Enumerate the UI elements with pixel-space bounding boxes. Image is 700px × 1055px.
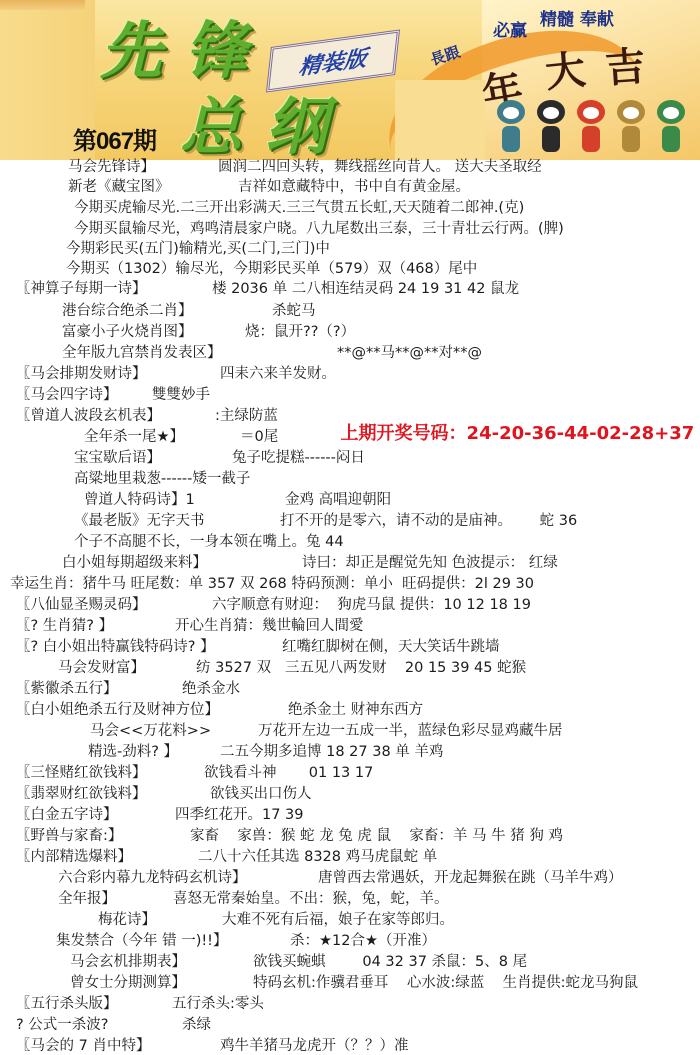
text-line-label: 〖马会排期发财诗】	[16, 365, 147, 383]
text-line-label: 高粱地里栽葱------矮一截子	[74, 470, 250, 488]
text-line-label: 曾女士分期测算】	[70, 974, 186, 992]
text-line-value: 万花开左边一五成一半，蓝绿色彩尽显鸡藏牛居	[258, 722, 563, 740]
edition-badge: 精装版	[266, 29, 400, 92]
text-line-value: 特码玄机:作骥君垂耳 心水波:绿蓝 生肖提供:蛇龙马狗鼠	[253, 974, 638, 992]
text-line-label: 集发禁合（今年 错 一)!!】	[56, 932, 228, 950]
tagline-top-2: 精髓 奉献	[540, 5, 614, 30]
text-line-label: 马会玄机排期表】	[70, 953, 186, 971]
banner-big-char-2: 大	[542, 38, 588, 99]
text-line-label: 马会发财富】	[58, 659, 145, 677]
text-line-label: 〖马会四字诗】	[16, 386, 118, 404]
banner-big-char-3: 吉	[603, 35, 647, 95]
text-line-value: 六字顺意有财迎： 狗虎马鼠 提供：10 12 18 19	[212, 596, 531, 614]
edition-badge-label: 精装版	[297, 41, 368, 81]
text-line-value: 欲钱买出口伤人	[210, 785, 312, 803]
text-line-value: 欲钱看斗神 01 13 17	[204, 764, 373, 782]
mascot-icon	[535, 100, 567, 155]
text-line-label: 曾道人特码诗】1	[84, 491, 195, 509]
title-char-4: 纲	[265, 96, 327, 158]
text-line-value: 圆润二四回头转，舞线摇丝向昔人。 送大夫圣取经	[218, 158, 542, 176]
text-line-label: 精选-劲料? 】	[88, 743, 178, 761]
text-line-value: 杀：★12合★（开准）	[290, 932, 436, 950]
text-line-value: 家畜 家兽：猴 蛇 龙 兔 虎 鼠 家畜：羊 马 牛 猪 狗 鸡	[190, 827, 563, 845]
text-line-label: 《最老版》无字天书	[74, 512, 205, 530]
text-line-value: 四耒六来羊发财。	[220, 365, 336, 383]
mascot-icon	[655, 100, 687, 155]
text-line-label: 马会<<万花料>>	[90, 722, 211, 740]
text-line-label: 〖三怪赌红欲钱料】	[16, 764, 147, 782]
last-draw-result: 上期开奖号码：24-20-36-44-02-28+37	[328, 398, 694, 445]
text-line-value: 二八十六任其选 8328 鸡马虎鼠蛇 单	[198, 848, 437, 866]
text-line-value: 五行杀头:零头	[172, 995, 264, 1013]
text-line-label: 今期彩民买(五门)输精光,买(二门,三门)中	[66, 240, 330, 258]
mascot-group	[495, 100, 687, 155]
text-line-value: 金鸡 高唱迎朝阳	[285, 491, 391, 509]
text-line-label: 今期买虎输尽光.二三开出彩满天.三三气贯五长虹,天天随着二郎神.(克)	[74, 199, 524, 217]
text-line-value: 红嘴红脚树在侧，天大笑话牛跳墙	[282, 638, 500, 656]
text-line-label: 港台综合绝杀二肖】	[62, 302, 193, 320]
text-line-label: 今期买鼠输尽光，鸡鸣清晨家户晓。八九尾数出三泰，三十青壮云行两。(脾)	[74, 220, 564, 238]
text-line-label: 〖? 生肖猜? 】	[16, 617, 113, 635]
text-line-value: 大难不死有后福，娘子在家等郎归。	[222, 911, 454, 929]
banner-mid-block	[395, 80, 485, 160]
text-line-label: 今期买（1302）输尽光，今期彩民买单（579）双（468）尾中	[66, 260, 477, 278]
text-line-label: 马会先锋诗】	[68, 158, 155, 176]
text-line-label: 梅花诗】	[98, 911, 156, 929]
text-line-label: 〖五行杀头版】	[16, 995, 118, 1013]
text-line-label: 个子不高腿不长，一身本领在嘴上。兔 44	[74, 533, 344, 551]
text-line-label: 〖翡翠财红欲钱料】	[16, 785, 147, 803]
text-line-value: 开心生肖猜：幾世輪回人間愛	[175, 617, 364, 635]
mascot-icon	[615, 100, 647, 155]
text-line-value: 杀蛇马	[272, 302, 316, 320]
text-line-label: 〖? 白小姐出特赢钱特码诗? 】	[16, 638, 215, 656]
text-line-label: 〖白小姐绝杀五行及财神方位】	[16, 701, 219, 719]
text-line-value: 绝杀金土 财神东西方	[288, 701, 423, 719]
text-line-label: 〖白金五字诗】	[16, 806, 118, 824]
text-line-value: 兔子吃提糕------闷日	[232, 449, 365, 467]
text-line-value: 楼 2036 单 二八相连结灵码 24 19 31 42 鼠龙	[212, 280, 519, 298]
text-line-value: **@**马**@**对**@	[337, 344, 482, 362]
title-char-2: 锋	[185, 20, 247, 82]
text-line-value: ＝0尾	[240, 428, 278, 446]
text-line-value: 绝杀金水	[182, 680, 240, 698]
text-line-label: 宝宝歇后语】	[74, 449, 161, 467]
text-line-label: 全年报】	[58, 890, 116, 908]
banner-top-strip	[0, 0, 85, 10]
text-line-value: 雙雙妙手	[152, 386, 210, 404]
text-line-value: 吉祥如意藏特中，书中自有黄金屋。	[238, 178, 470, 196]
text-line-label: 〖内部精选爆料】	[16, 848, 132, 866]
tagline-top-1: 必赢	[493, 16, 527, 41]
text-line-label: 富豪小子火烧肖图】	[62, 323, 193, 341]
text-line-value: 喜怒无常秦始皇。不出：猴，兔，蛇，羊。	[173, 890, 449, 908]
text-line-label: 幸运生肖：猪牛马 旺尾数：单 357 双 268 特码预测：单小 旺码提供：2l…	[10, 575, 534, 593]
text-line-label: 〖曾道人波段玄机表】	[16, 407, 161, 425]
text-line-label: 新老《藏宝图》	[68, 178, 170, 196]
text-line-value: :主绿防蓝	[215, 407, 278, 425]
text-line-label: 全年杀一尾★】	[84, 428, 184, 446]
text-line-value: 欲钱买蜿蜞 04 32 37 杀鼠：5、8 尾	[253, 953, 527, 971]
text-line-label: 全年版九宫禁肖发表区】	[62, 344, 222, 362]
last-draw-numbers: 24-20-36-44-02-28+37	[467, 423, 695, 444]
text-line-value: 诗曰：却正是醒觉先知 色波提示： 红绿	[302, 554, 558, 572]
issue-number: 第067期	[73, 121, 156, 156]
text-line-label: 〖神算子每期一诗】	[16, 280, 147, 298]
text-line-label: 〖野兽与家畜:】	[16, 827, 122, 845]
text-line-value: 烧：鼠开??（?）	[245, 323, 355, 341]
text-line-value: 唐曾西去常遇妖，开龙起舞猴在跳（马羊牛鸡）	[318, 869, 623, 887]
text-line-value: 纺 3527 双 三五见八两发财 20 15 39 45 蛇猴	[196, 659, 526, 677]
text-line-value: 四季红花开。17 39	[175, 806, 304, 824]
text-line-label: 〖紫徽杀五行】	[16, 680, 118, 698]
title-char-1: 先	[100, 20, 162, 82]
text-line-label: 〖八仙显圣赐灵码】	[16, 596, 147, 614]
text-line-value: 二五今期多追博 18 27 38 单 羊鸡	[220, 743, 443, 761]
last-draw-label: 上期开奖号码：	[341, 423, 467, 444]
title-char-3: 总	[180, 96, 242, 158]
header-banner: 先 锋 总 纲 精装版 第067期 必赢 精髓 奉献 長跟 年 大 吉	[0, 0, 700, 160]
text-line-value: 打不开的是零六，请不动的是庙神。 蛇 36	[280, 512, 577, 530]
mascot-icon	[495, 100, 527, 155]
text-line-label: 六合彩内幕九龙特码玄机诗】	[58, 869, 247, 887]
mascot-icon	[575, 100, 607, 155]
text-line-label: 白小姐每期超级来料】	[62, 554, 207, 572]
